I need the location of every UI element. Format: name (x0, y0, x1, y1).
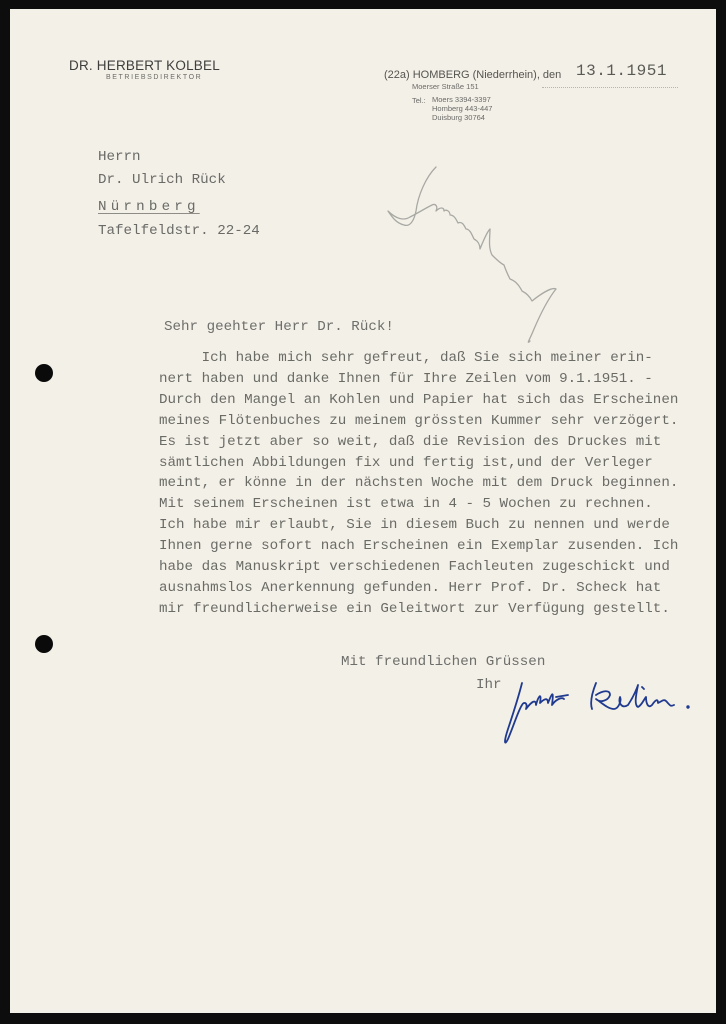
body-line: habe das Manuskript verschiedenen Fachle… (159, 557, 678, 578)
recipient-street: Tafelfeldstr. 22-24 (98, 223, 260, 239)
pencil-annotation-icon: Sammlung (380, 159, 600, 349)
letter-date: 13.1.1951 (576, 62, 667, 80)
punch-hole (35, 364, 53, 382)
telephone-numbers: Moers 3394-3397 Homberg 443-447 Duisburg… (432, 95, 492, 122)
body-line: ausnahmslos Anerkennung gefunden. Herr P… (159, 578, 678, 599)
letter-body: Ich habe mich sehr gefreut, daß Sie sich… (159, 348, 678, 620)
body-line: mir freundlicherweise ein Geleitwort zur… (159, 599, 678, 620)
body-line: Durch den Mangel an Kohlen und Papier ha… (159, 390, 678, 411)
telephone-line: Duisburg 30764 (432, 113, 492, 122)
body-line: Ich habe mir erlaubt, Sie in diesem Buch… (159, 515, 678, 536)
recipient-name: Dr. Ulrich Rück (98, 172, 226, 188)
body-line: Ihnen gerne sofort nach Erscheinen ein E… (159, 536, 678, 557)
body-line: Mit seinem Erscheinen ist etwa in 4 - 5 … (159, 494, 678, 515)
letterhead-place: (22a) HOMBERG (Niederrhein), den (384, 69, 561, 81)
telephone-line: Homberg 443-447 (432, 104, 492, 113)
body-line: sämtlichen Abbildungen fix und fertig is… (159, 453, 678, 474)
letter-salutation: Sehr geehter Herr Dr. Rück! (164, 319, 394, 335)
body-line: meines Flötenbuches zu meinem grössten K… (159, 411, 678, 432)
sender-title: BETRIEBSDIREKTOR (106, 74, 202, 81)
sender-street: Moerser Straße 151 (412, 82, 479, 91)
body-line: meint, er könne in der nächsten Woche mi… (159, 473, 678, 494)
handwritten-signature-icon: Herbert Kolbel (492, 669, 702, 759)
telephone-label: Tel.: (412, 96, 426, 105)
body-line: Ich habe mich sehr gefreut, daß Sie sich… (159, 348, 678, 369)
punch-hole (35, 635, 53, 653)
sender-name: DR. HERBERT KOLBEL (69, 58, 220, 73)
recipient-city: Nürnberg (98, 199, 200, 215)
body-line: Es ist jetzt aber so weit, daß die Revis… (159, 432, 678, 453)
body-line: nert haben und danke Ihnen für Ihre Zeil… (159, 369, 678, 390)
recipient-salutation-line: Herrn (98, 149, 141, 165)
date-dotted-line (542, 87, 678, 88)
letter-closing: Mit freundlichen Grüssen (341, 654, 545, 670)
telephone-line: Moers 3394-3397 (432, 95, 492, 104)
letter-page: DR. HERBERT KOLBEL BETRIEBSDIREKTOR (22a… (10, 9, 716, 1013)
